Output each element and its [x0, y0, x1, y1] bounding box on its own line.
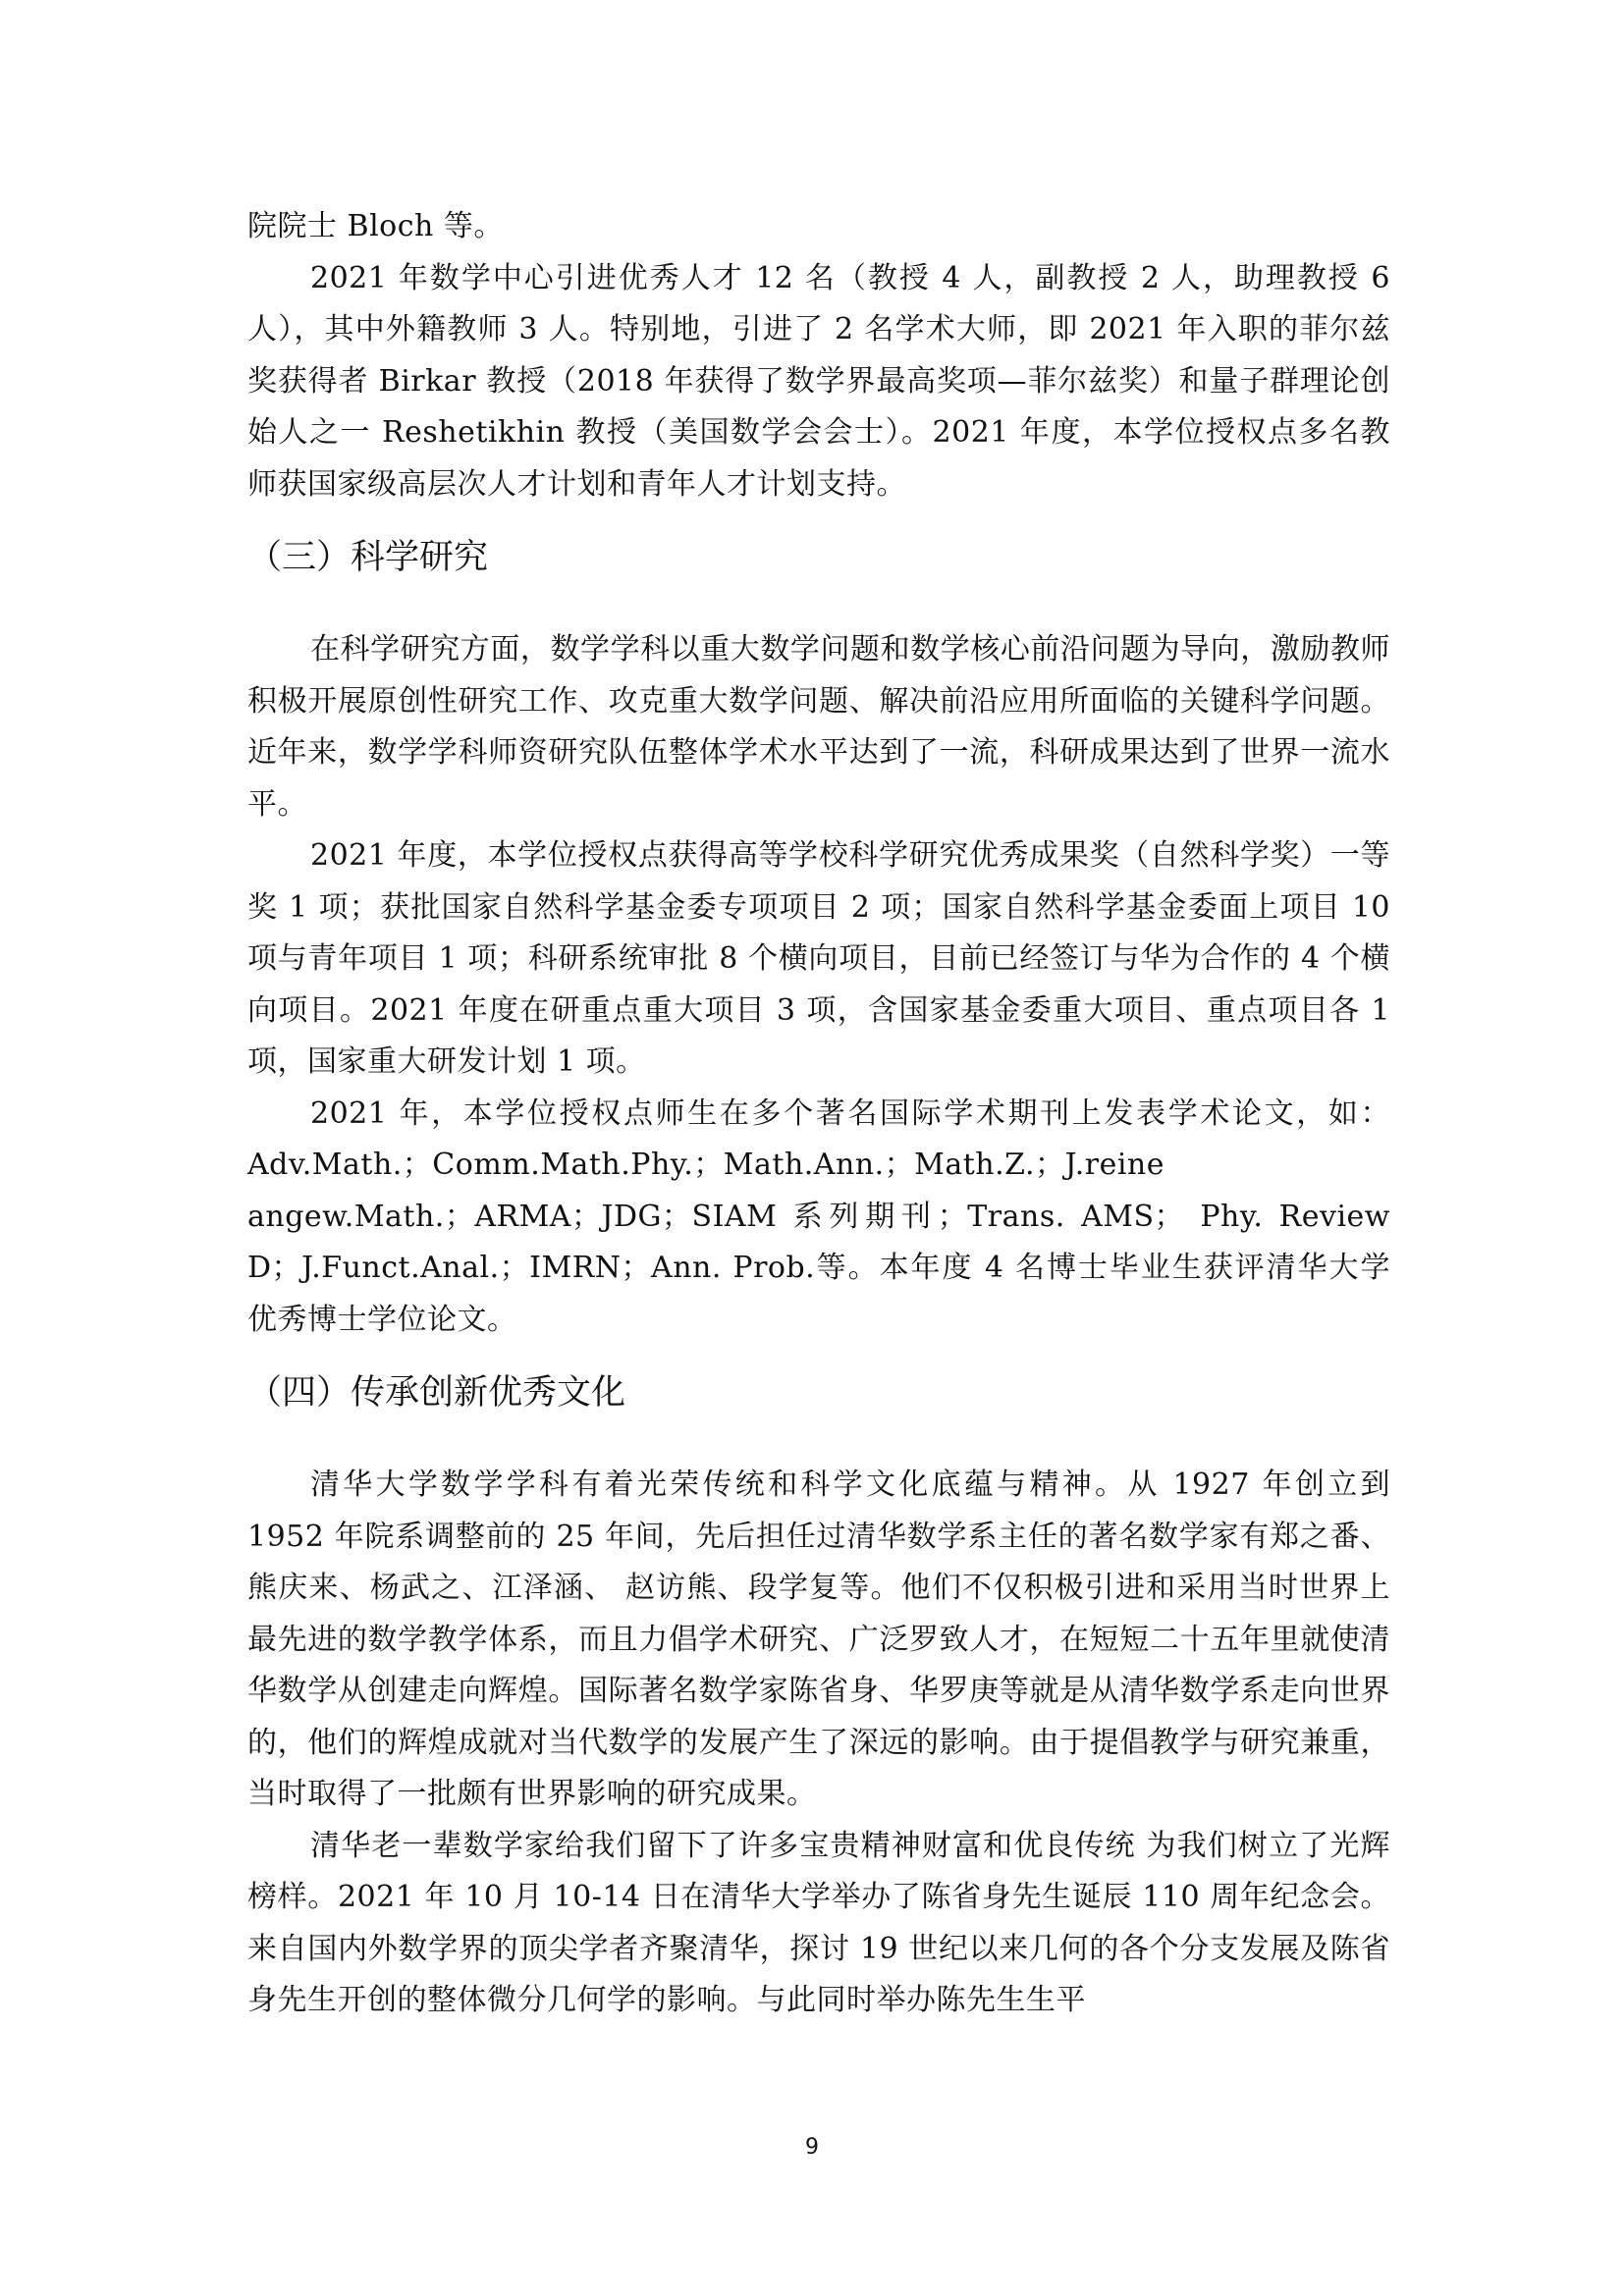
- document-page: 院院士 Bloch 等。 2021 年数学中心引进优秀人才 12 名（教授 4 …: [247, 201, 1390, 2027]
- paragraph-talent-recruitment: 2021 年数学中心引进优秀人才 12 名（教授 4 人，副教授 2 人，助理教…: [247, 253, 1390, 511]
- paragraph-legacy: 清华老一辈数学家给我们留下了许多宝贵精神财富和优良传统 为我们树立了光辉榜样。2…: [247, 1821, 1390, 2027]
- paragraph-history: 清华大学数学学科有着光荣传统和科学文化底蕴与精神。从 1927 年创立到 195…: [247, 1460, 1390, 1821]
- section-heading-scientific-research: （三）科学研究: [247, 532, 1390, 583]
- page-number: 9: [0, 2135, 1624, 2160]
- paragraph-continuation: 院院士 Bloch 等。: [247, 201, 1390, 253]
- paragraph-research-overview: 在科学研究方面，数学学科以重大数学问题和数学核心前沿问题为导向，激励教师积极开展…: [247, 624, 1390, 830]
- paragraph-research-awards: 2021 年度，本学位授权点获得高等学校科学研究优秀成果奖（自然科学奖）一等奖 …: [247, 830, 1390, 1089]
- paragraph-publications: 2021 年，本学位授权点师生在多个著名国际学术期刊上发表学术论文，如：Adv.…: [247, 1089, 1390, 1347]
- section-heading-culture: （四）传承创新优秀文化: [247, 1367, 1390, 1418]
